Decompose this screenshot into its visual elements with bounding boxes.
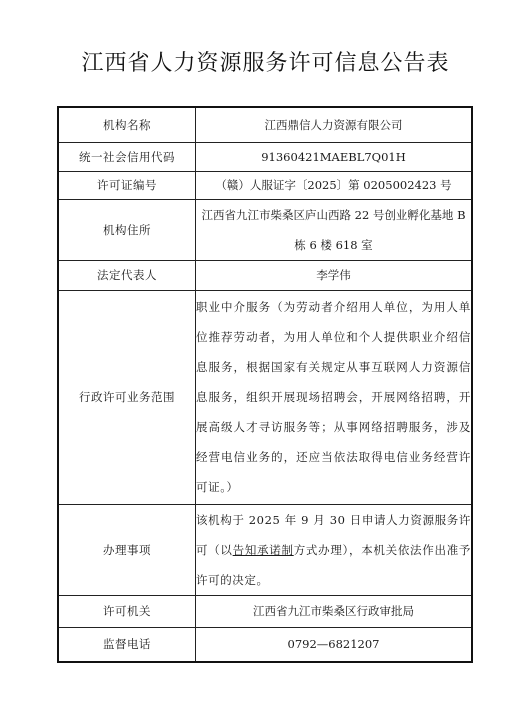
table-row-authority: 许可机关 江西省九江市柴桑区行政审批局 bbox=[58, 595, 472, 627]
label-credit-code: 统一社会信用代码 bbox=[58, 142, 196, 171]
label-legal-rep: 法定代表人 bbox=[58, 260, 196, 290]
value-matter: 该机构于 2025 年 9 月 30 日申请人力资源服务许可（以告知承诺制方式办… bbox=[196, 504, 473, 595]
value-license-number: （赣）人服证字〔2025〕第 0205002423 号 bbox=[196, 171, 473, 199]
table-row-address: 机构住所 江西省九江市柴桑区庐山西路 22 号创业孵化基地 B 栋 6 楼 61… bbox=[58, 199, 472, 260]
value-legal-rep: 李学伟 bbox=[196, 260, 473, 290]
label-address: 机构住所 bbox=[58, 199, 196, 260]
table-row-legal-rep: 法定代表人 李学伟 bbox=[58, 260, 472, 290]
value-business-scope: 职业中介服务（为劳动者介绍用人单位，为用人单位推荐劳动者，为用人单位和个人提供职… bbox=[196, 290, 473, 504]
address-line-1: 江西省九江市柴桑区庐山西路 22 号创业孵化基地 B bbox=[196, 200, 471, 230]
label-matter: 办理事项 bbox=[58, 504, 196, 595]
table-row-credit-code: 统一社会信用代码 91360421MAEBL7Q01H bbox=[58, 142, 472, 171]
label-license-number: 许可证编号 bbox=[58, 171, 196, 199]
label-phone: 监督电话 bbox=[58, 627, 196, 662]
table-row-phone: 监督电话 0792—6821207 bbox=[58, 627, 472, 662]
value-authority: 江西省九江市柴桑区行政审批局 bbox=[196, 595, 473, 627]
matter-underlined-term: 告知承诺制 bbox=[233, 543, 294, 557]
label-authority: 许可机关 bbox=[58, 595, 196, 627]
value-address: 江西省九江市柴桑区庐山西路 22 号创业孵化基地 B 栋 6 楼 618 室 bbox=[196, 199, 473, 260]
table-row-matter: 办理事项 该机构于 2025 年 9 月 30 日申请人力资源服务许可（以告知承… bbox=[58, 504, 472, 595]
table-row-business-scope: 行政许可业务范围 职业中介服务（为劳动者介绍用人单位，为用人单位推荐劳动者，为用… bbox=[58, 290, 472, 504]
page-title: 江西省人力资源服务许可信息公告表 bbox=[0, 46, 531, 77]
table-row-org-name: 机构名称 江西鼎信人力资源有限公司 bbox=[58, 107, 472, 142]
license-info-table: 机构名称 江西鼎信人力资源有限公司 统一社会信用代码 91360421MAEBL… bbox=[57, 106, 473, 663]
value-credit-code: 91360421MAEBL7Q01H bbox=[196, 142, 473, 171]
table-row-license-number: 许可证编号 （赣）人服证字〔2025〕第 0205002423 号 bbox=[58, 171, 472, 199]
address-line-2: 栋 6 楼 618 室 bbox=[196, 230, 471, 260]
label-business-scope: 行政许可业务范围 bbox=[58, 290, 196, 504]
value-phone: 0792—6821207 bbox=[196, 627, 473, 662]
value-org-name: 江西鼎信人力资源有限公司 bbox=[196, 107, 473, 142]
label-org-name: 机构名称 bbox=[58, 107, 196, 142]
